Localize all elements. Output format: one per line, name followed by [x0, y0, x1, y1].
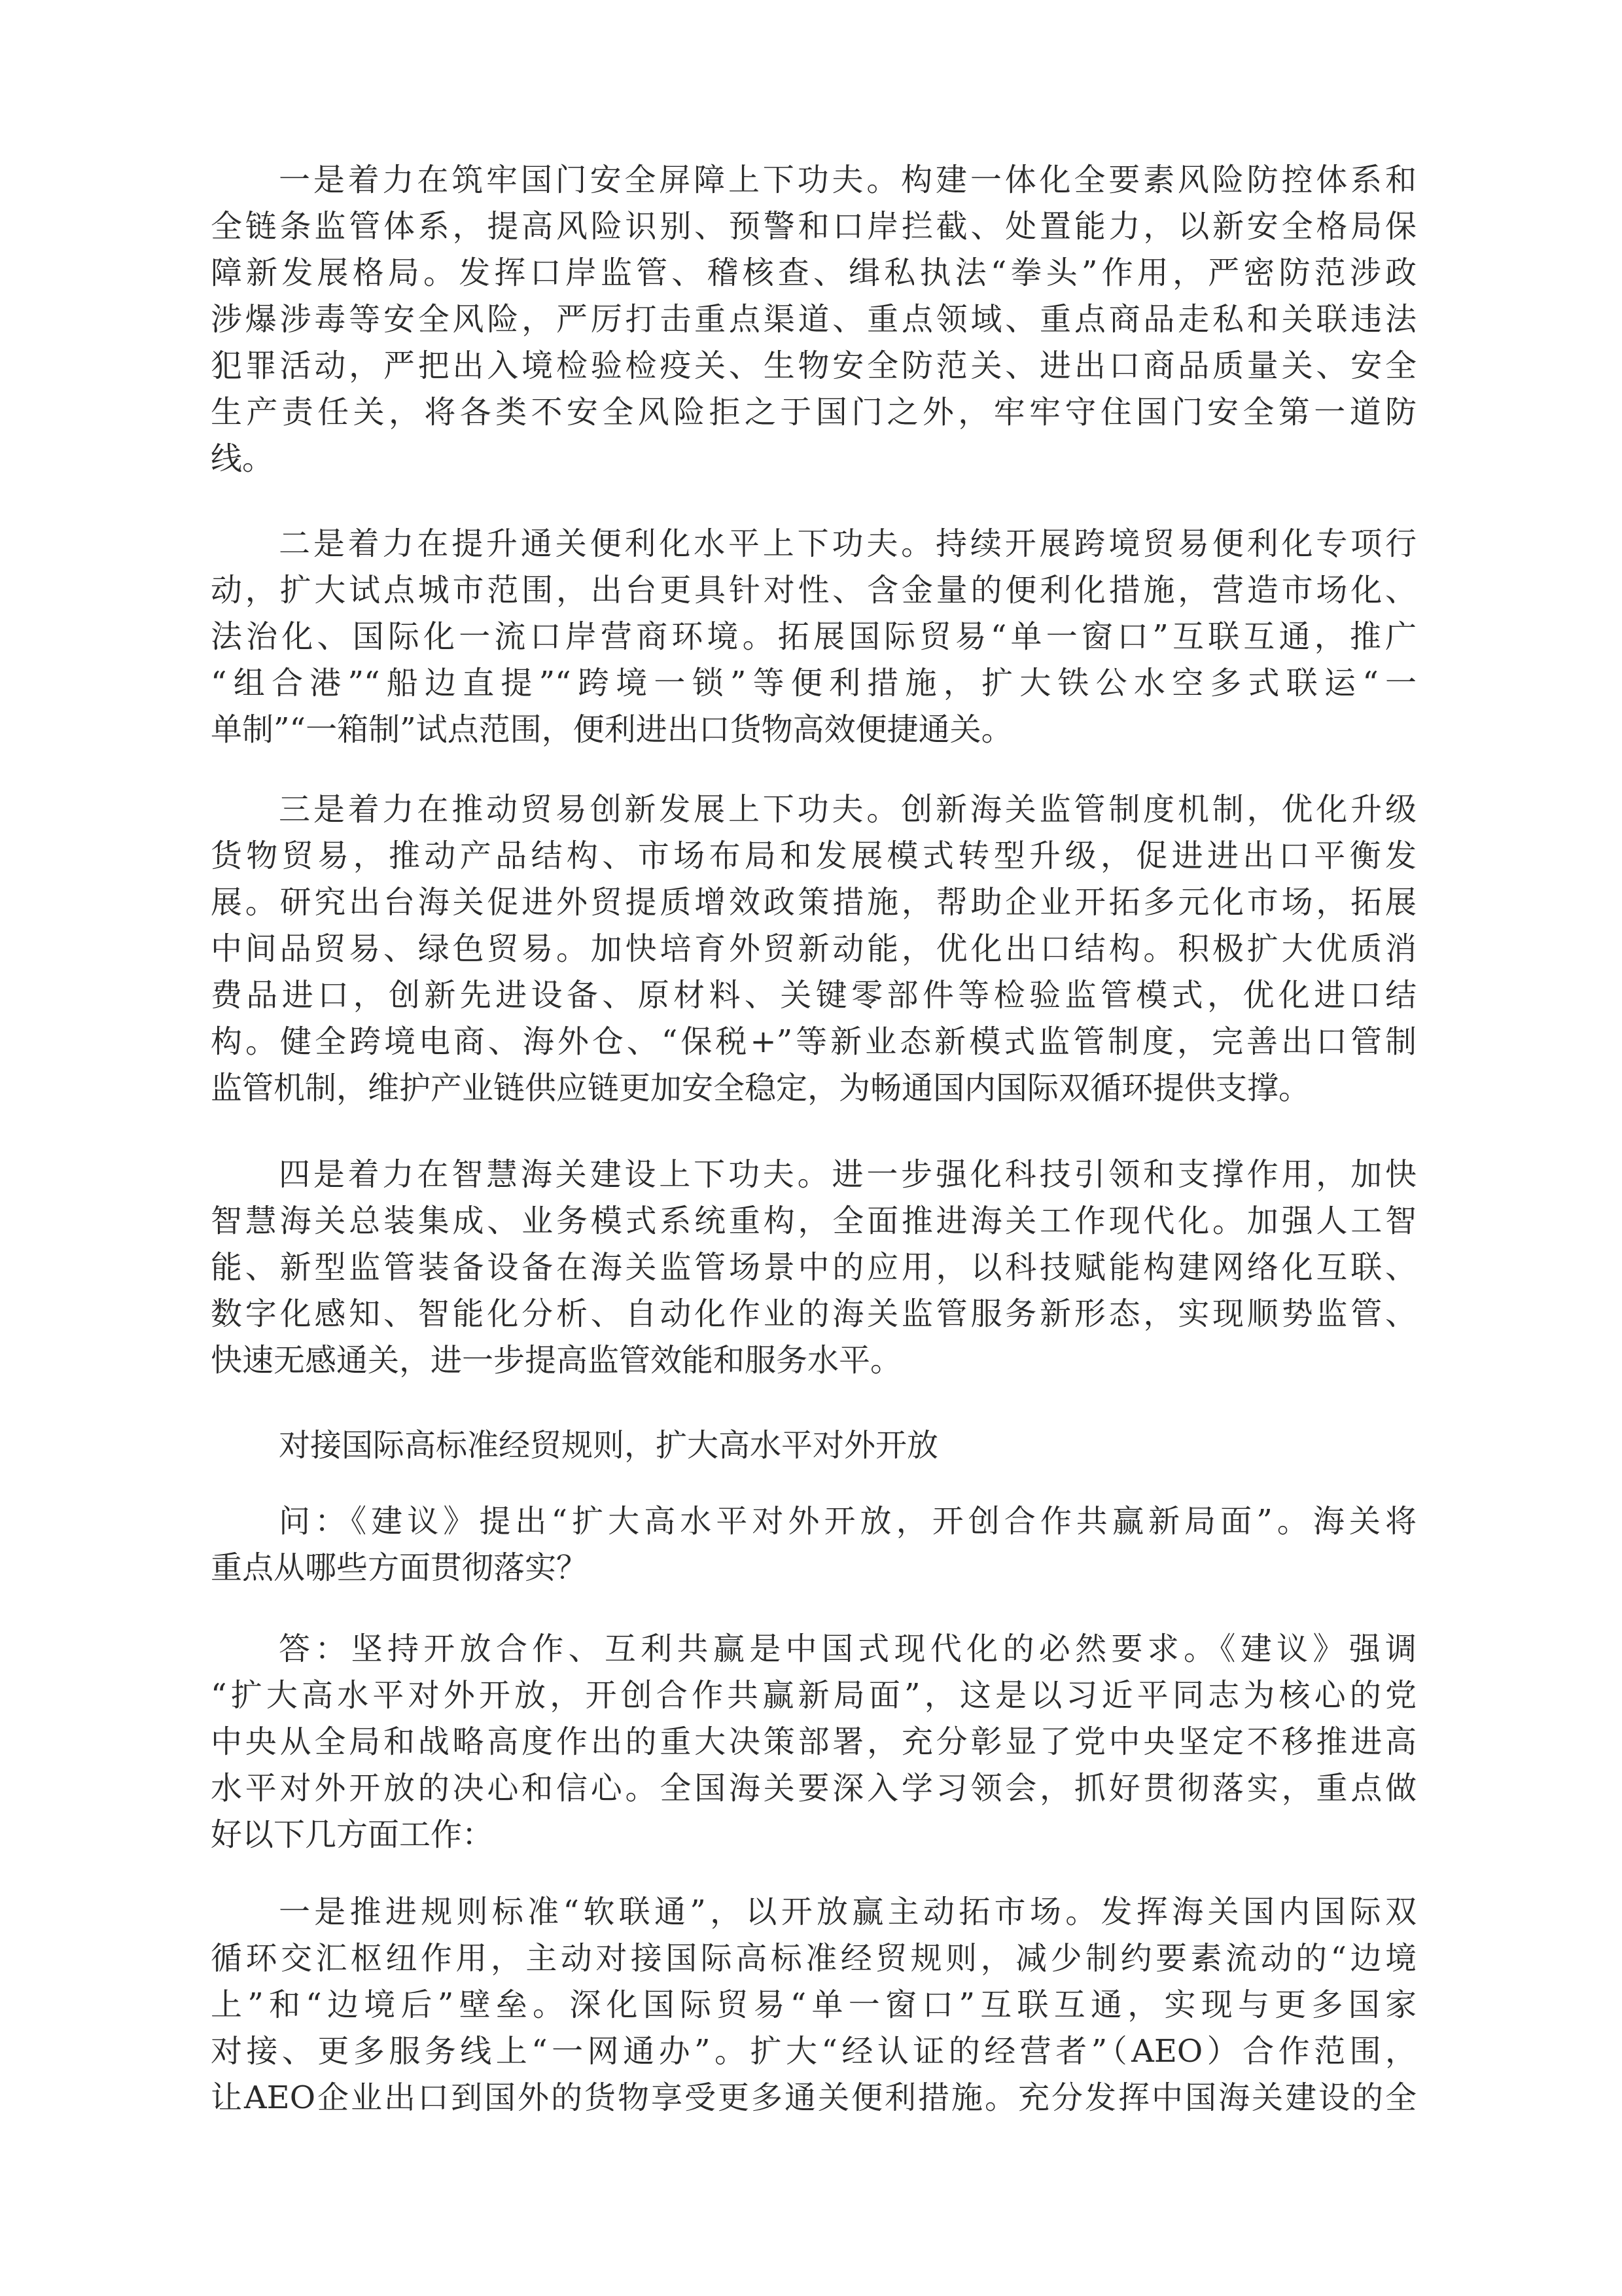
- text-line: 三是着力在推动贸易创新发展上下功夫。创新海关监管制度机制，优化升级: [211, 786, 1417, 833]
- text-line: 问：《建议》提出“扩大高水平对外开放，开创合作共赢新局面”。海关将: [211, 1498, 1417, 1545]
- paragraph-trade-innovation: 三是着力在推动贸易创新发展上下功夫。创新海关监管制度机制，优化升级 货物贸易，推…: [211, 786, 1417, 1112]
- text-line: 生产责任关，将各类不安全风险拒之于国门之外，牢牢守住国门安全第一道防: [211, 389, 1417, 436]
- text-line: 动，扩大试点城市范围，出台更具针对性、含金量的便利化措施，营造市场化、: [211, 567, 1417, 614]
- text-line: 全链条监管体系，提高风险识别、预警和口岸拦截、处置能力，以新安全格局保: [211, 203, 1417, 250]
- text-line: 线。: [211, 436, 1417, 482]
- paragraph-customs-facilitation: 二是着力在提升通关便利化水平上下功夫。持续开展跨境贸易便利化专项行 动，扩大试点…: [211, 521, 1417, 753]
- text-line: 货物贸易，推动产品结构、市场布局和发展模式转型升级，促进进出口平衡发: [211, 833, 1417, 879]
- text-line: 涉爆涉毒等安全风险，严厉打击重点渠道、重点领域、重点商品走私和关联违法: [211, 296, 1417, 343]
- text-line: “组合港”“船边直提”“跨境一锁”等便利措施，扩大铁公水空多式联运“一: [211, 660, 1417, 707]
- text-line: 犯罪活动，严把出入境检验检疫关、生物安全防范关、进出口商品质量关、安全: [211, 343, 1417, 389]
- paragraph-rules-connectivity: 一是推进规则标准“软联通”，以开放赢主动拓市场。发挥海关国内国际双 循环交汇枢纽…: [211, 1889, 1417, 2121]
- text-line: “扩大高水平对外开放，开创合作共赢新局面”，这是以习近平同志为核心的党: [211, 1672, 1417, 1719]
- text-line: 答：坚持开放合作、互利共赢是中国式现代化的必然要求。《建议》强调: [211, 1626, 1417, 1672]
- paragraph-answer: 答：坚持开放合作、互利共赢是中国式现代化的必然要求。《建议》强调 “扩大高水平对…: [211, 1626, 1417, 1858]
- text-line: 快速无感通关，进一步提高监管效能和服务水平。: [211, 1337, 1417, 1384]
- text-line: 一是着力在筑牢国门安全屏障上下功夫。构建一体化全要素风险防控体系和: [211, 157, 1417, 203]
- text-line: 智慧海关总装集成、业务模式系统重构，全面推进海关工作现代化。加强人工智: [211, 1198, 1417, 1245]
- text-line: 障新发展格局。发挥口岸监管、稽核查、缉私执法“拳头”作用，严密防范涉政: [211, 250, 1417, 296]
- text-line: 好以下几方面工作：: [211, 1812, 1417, 1858]
- text-line: 中央从全局和战略高度作出的重大决策部署，充分彰显了党中央坚定不移推进高: [211, 1719, 1417, 1765]
- text-line: 监管机制，维护产业链供应链更加安全稳定，为畅通国内国际双循环提供支撑。: [211, 1065, 1417, 1112]
- text-line: 数字化感知、智能化分析、自动化作业的海关监管服务新形态，实现顺势监管、: [211, 1291, 1417, 1337]
- text-line: 能、新型监管装备设备在海关监管场景中的应用，以科技赋能构建网络化互联、: [211, 1245, 1417, 1291]
- text-line: 循环交汇枢纽作用，主动对接国际高标准经贸规则，减少制约要素流动的“边境: [211, 1935, 1417, 1982]
- text-line: 一是推进规则标准“软联通”，以开放赢主动拓市场。发挥海关国内国际双: [211, 1889, 1417, 1935]
- text-line: 中间品贸易、绿色贸易。加快培育外贸新动能，优化出口结构。积极扩大优质消: [211, 926, 1417, 972]
- text-line: 展。研究出台海关促进外贸提质增效政策措施，帮助企业开拓多元化市场，拓展: [211, 879, 1417, 926]
- text-line: 费品进口，创新先进设备、原材料、关键零部件等检验监管模式，优化进口结: [211, 972, 1417, 1019]
- text-line: 法治化、国际化一流口岸营商环境。拓展国际贸易“单一窗口”互联互通，推广: [211, 614, 1417, 660]
- text-line: 水平对外开放的决心和信心。全国海关要深入学习领会，抓好贯彻落实，重点做: [211, 1765, 1417, 1812]
- paragraph-question: 问：《建议》提出“扩大高水平对外开放，开创合作共赢新局面”。海关将 重点从哪些方…: [211, 1498, 1417, 1591]
- text-line: 对接、更多服务线上“一网通办”。扩大“经认证的经营者”（AEO）合作范围，: [211, 2028, 1417, 2075]
- section-heading-text: 对接国际高标准经贸规则，扩大高水平对外开放: [211, 1422, 1417, 1469]
- text-line: 单制”“一箱制”试点范围，便利进出口货物高效便捷通关。: [211, 707, 1417, 753]
- text-line: 构。健全跨境电商、海外仓、“保税+”等新业态新模式监管制度，完善出口管制: [211, 1019, 1417, 1065]
- section-heading: 对接国际高标准经贸规则，扩大高水平对外开放: [211, 1422, 1417, 1469]
- text-line: 二是着力在提升通关便利化水平上下功夫。持续开展跨境贸易便利化专项行: [211, 521, 1417, 567]
- text-line: 重点从哪些方面贯彻落实？: [211, 1545, 1417, 1591]
- document-page: 一是着力在筑牢国门安全屏障上下功夫。构建一体化全要素风险防控体系和 全链条监管体…: [0, 0, 1622, 2296]
- text-line: 四是着力在智慧海关建设上下功夫。进一步强化科技引领和支撑作用，加快: [211, 1152, 1417, 1198]
- text-line: 让AEO企业出口到国外的货物享受更多通关便利措施。充分发挥中国海关建设的全: [211, 2075, 1417, 2121]
- text-line: 上”和“边境后”壁垒。深化国际贸易“单一窗口”互联互通，实现与更多国家: [211, 1982, 1417, 2028]
- paragraph-smart-customs: 四是着力在智慧海关建设上下功夫。进一步强化科技引领和支撑作用，加快 智慧海关总装…: [211, 1152, 1417, 1384]
- paragraph-secure-border: 一是着力在筑牢国门安全屏障上下功夫。构建一体化全要素风险防控体系和 全链条监管体…: [211, 157, 1417, 482]
